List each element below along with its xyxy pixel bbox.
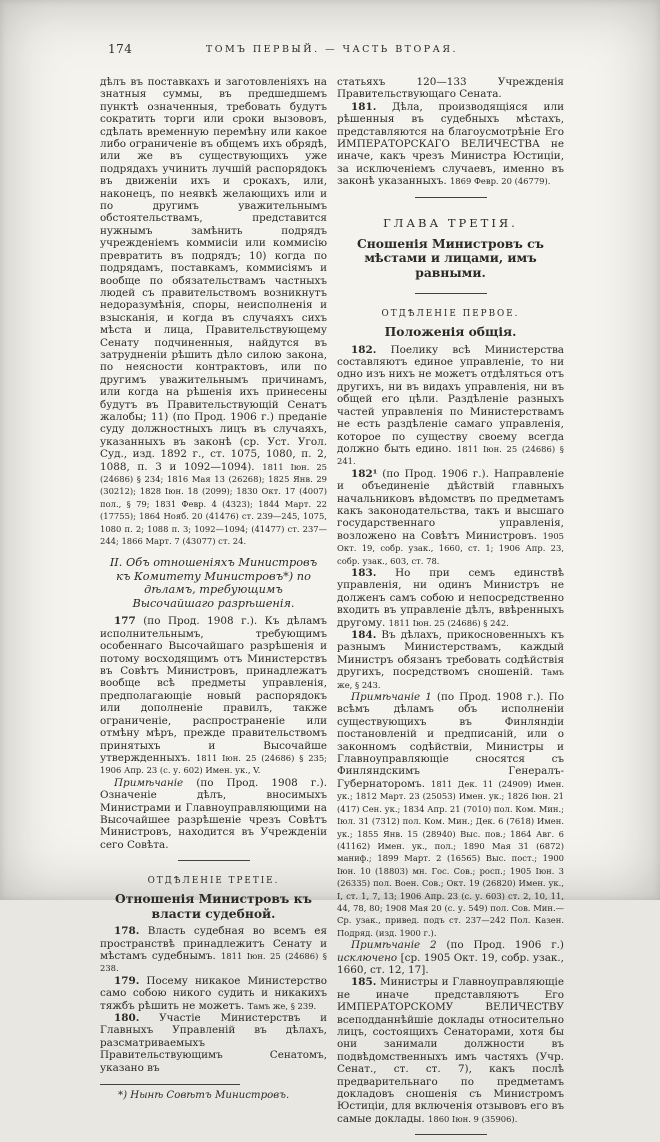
article-number: 177 bbox=[114, 615, 136, 627]
article-paragraph: 182¹ (по Прод. 1906 г.). Направленіе и о… bbox=[337, 468, 564, 567]
subsection-heading: ОТДѢЛЕНІЕ ПЕРВОЕ. bbox=[337, 309, 564, 319]
body-text: статьяхъ 120—133 Учрежденія Правительств… bbox=[337, 76, 564, 100]
running-title: ТОМЪ ПЕРВЫЙ. — ЧАСТЬ ВТОРАЯ. bbox=[100, 44, 564, 55]
text-block: 174 ТОМЪ ПЕРВЫЙ. — ЧАСТЬ ВТОРАЯ. дѣлъ въ… bbox=[100, 40, 564, 900]
section-heading-bold: Положенія общія. bbox=[337, 325, 564, 340]
citation-text: 1811 Іюн. 25 (24686) § 242. bbox=[389, 618, 509, 628]
section-heading-bold: Сношенія Министровъ съ мѣстами и лицами,… bbox=[337, 237, 564, 281]
divider-rule bbox=[415, 293, 487, 294]
body-text: (по Прод. 1908 г.). Къ дѣламъ исполнител… bbox=[100, 615, 327, 763]
article-number: 184. bbox=[351, 629, 376, 641]
article-number: 182. bbox=[351, 344, 376, 356]
article-paragraph: Примѣчаніе (по Прод. 1908 г.). Означеніе… bbox=[100, 777, 327, 851]
article-number: 181. bbox=[351, 101, 376, 113]
section-heading-bold: Отношенія Министровъ къ власти судебной. bbox=[100, 892, 327, 900]
article-paragraph: 182. Поелику всѣ Министерства составляют… bbox=[337, 344, 564, 468]
article-paragraph: 183. Но при семъ единствѣ управленія, ни… bbox=[337, 567, 564, 629]
article-number: 182¹ bbox=[351, 468, 377, 480]
divider-rule bbox=[178, 860, 250, 861]
two-column-layout: дѣлъ въ поставкахъ и заготовленіяхъ на з… bbox=[100, 76, 564, 900]
left-column: дѣлъ въ поставкахъ и заготовленіяхъ на з… bbox=[100, 76, 327, 900]
citation-text: 1811 Іюн. 25 (24686) § 234; 1816 Мая 13 … bbox=[100, 462, 327, 546]
right-column: статьяхъ 120—133 Учрежденія Правительств… bbox=[337, 76, 564, 900]
body-text: Дѣла, производящіяся или рѣшенныя въ суд… bbox=[337, 101, 564, 187]
article-paragraph: 184. Въ дѣлахъ, прикосновенныхъ къ разны… bbox=[337, 629, 564, 691]
divider-rule bbox=[415, 197, 487, 198]
body-text: дѣлъ въ поставкахъ и заготовленіяхъ на з… bbox=[100, 76, 327, 473]
chapter-heading: ГЛАВА ТРЕТІЯ. bbox=[337, 216, 564, 230]
book-page: 174 ТОМЪ ПЕРВЫЙ. — ЧАСТЬ ВТОРАЯ. дѣлъ въ… bbox=[0, 0, 660, 900]
page-header: 174 ТОМЪ ПЕРВЫЙ. — ЧАСТЬ ВТОРАЯ. bbox=[100, 40, 564, 62]
article-paragraph: Примѣчаніе 1 (по Прод. 1908 г.). По всѣм… bbox=[337, 691, 564, 900]
body-text: Примѣчаніе 1 bbox=[351, 691, 432, 703]
article-paragraph: статьяхъ 120—133 Учрежденія Правительств… bbox=[337, 76, 564, 101]
subsection-heading: ОТДѢЛЕНІЕ ТРЕТІЕ. bbox=[100, 876, 327, 886]
body-text: Примѣчаніе bbox=[114, 777, 183, 789]
body-text: Поелику всѣ Министерства составляютъ еди… bbox=[337, 344, 564, 455]
citation-text: 1811 Дек. 11 (24909) Имен. ук.; 1812 Мар… bbox=[337, 779, 564, 900]
article-paragraph: дѣлъ въ поставкахъ и заготовленіяхъ на з… bbox=[100, 76, 327, 547]
article-number: 183. bbox=[351, 567, 376, 579]
citation-text: 1869 Февр. 20 (46779). bbox=[450, 176, 550, 186]
section-heading-italic: II. Объ отношеніяхъ Министровъ къ Комите… bbox=[104, 556, 323, 610]
body-text: (по Прод. 1908 г.). По всѣмъ дѣламъ объ … bbox=[337, 691, 564, 790]
article-paragraph: 181. Дѣла, производящіяся или рѣшенныя в… bbox=[337, 101, 564, 188]
article-paragraph: 177 (по Прод. 1908 г.). Къ дѣламъ исполн… bbox=[100, 615, 327, 776]
